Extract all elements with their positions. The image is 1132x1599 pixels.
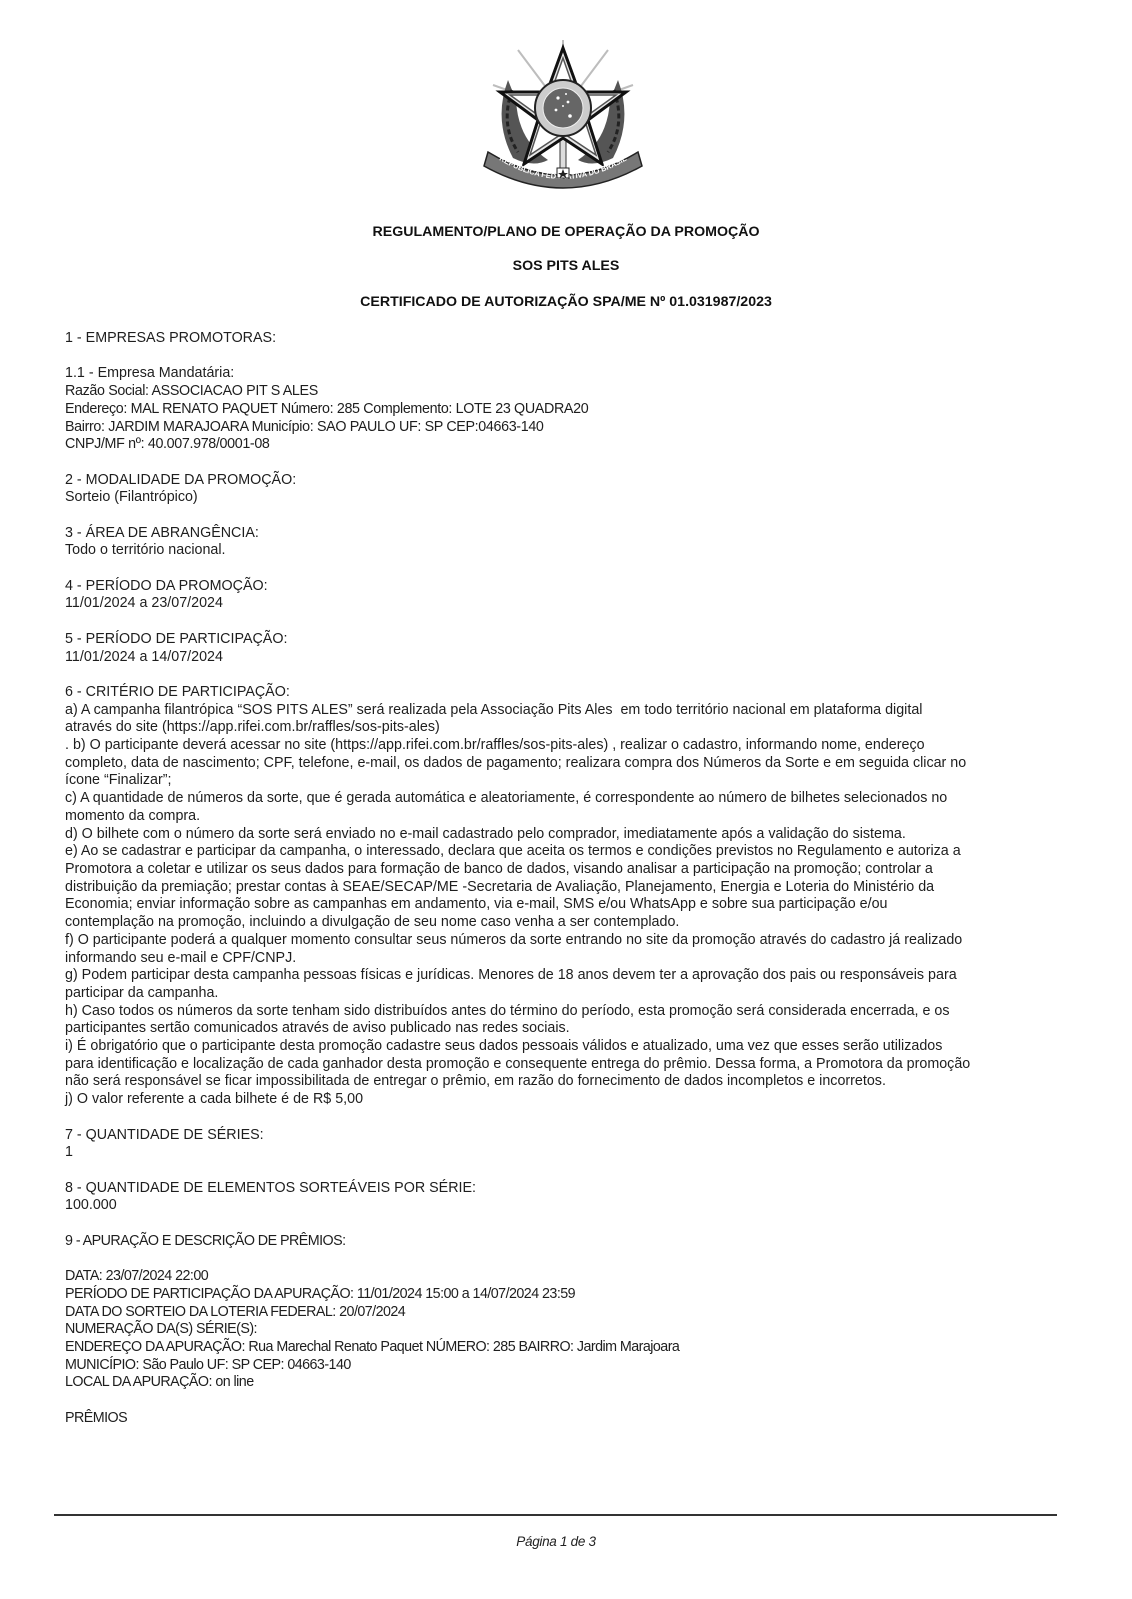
section-heading: 9 - APURAÇÃO E DESCRIÇÃO DE PRÊMIOS: bbox=[65, 1233, 1075, 1251]
section-empresas-promotoras: 1 - EMPRESAS PROMOTORAS: 1.1 - Empresa M… bbox=[65, 330, 1075, 454]
criteria-line: c) A quantidade de números da sorte, que… bbox=[65, 790, 1075, 808]
section-quantidade-series: 7 - QUANTIDADE DE SÉRIES: 1 bbox=[65, 1127, 1075, 1162]
company-address: Endereço: MAL RENATO PAQUET Número: 285 … bbox=[65, 401, 1075, 419]
regulation-body: 1 - EMPRESAS PROMOTORAS: 1.1 - Empresa M… bbox=[65, 330, 1075, 1427]
apuracao-line: LOCAL DA APURAÇÃO: on line bbox=[65, 1374, 1075, 1392]
section-heading: 2 - MODALIDADE DA PROMOÇÃO: bbox=[65, 472, 1075, 490]
criteria-line: a) A campanha filantrópica “SOS PITS ALE… bbox=[65, 702, 1075, 720]
criteria-line: d) O bilhete com o número da sorte será … bbox=[65, 826, 1075, 844]
footer-divider bbox=[54, 1514, 1057, 1516]
criteria-line: através do site (https://app.rifei.com.b… bbox=[65, 719, 1075, 737]
promotion-name: SOS PITS ALES bbox=[0, 258, 1132, 274]
criteria-line: distribuição da premiação; prestar conta… bbox=[65, 879, 1075, 897]
criteria-line: e) Ao se cadastrar e participar da campa… bbox=[65, 843, 1075, 861]
criteria-line: para identificação e localização de cada… bbox=[65, 1056, 1075, 1074]
criteria-line: completo, data de nascimento; CPF, telef… bbox=[65, 755, 1075, 773]
certificate-number: CERTIFICADO DE AUTORIZAÇÃO SPA/ME Nº 01.… bbox=[0, 294, 1132, 310]
criteria-line: j) O valor referente a cada bilhete é de… bbox=[65, 1091, 1075, 1109]
section-criterio-participacao: 6 - CRITÉRIO DE PARTICIPAÇÃO: a) A campa… bbox=[65, 684, 1075, 1109]
apuracao-details: DATA: 23/07/2024 22:00PERÍODO DE PARTICI… bbox=[65, 1268, 1075, 1392]
section-modalidade: 2 - MODALIDADE DA PROMOÇÃO: Sorteio (Fil… bbox=[65, 472, 1075, 507]
apuracao-line: PERÍODO DE PARTICIPAÇÃO DA APURAÇÃO: 11/… bbox=[65, 1286, 1075, 1304]
section-value: 11/01/2024 a 14/07/2024 bbox=[65, 649, 1075, 667]
section-value: 1 bbox=[65, 1144, 1075, 1162]
criteria-line: contemplação na promoção, incluindo a di… bbox=[65, 914, 1075, 932]
company-cnpj: CNPJ/MF nº: 40.007.978/0001-08 bbox=[65, 436, 1075, 454]
apuracao-line: ENDEREÇO DA APURAÇÃO: Rua Marechal Renat… bbox=[65, 1339, 1075, 1357]
criteria-list: a) A campanha filantrópica “SOS PITS ALE… bbox=[65, 702, 1075, 1109]
section-subheading: 1.1 - Empresa Mandatária: bbox=[65, 365, 1075, 383]
criteria-line: informando seu e-mail e CPF/CNPJ. bbox=[65, 950, 1075, 968]
criteria-line: Promotora a coletar e utilizar os seus d… bbox=[65, 861, 1075, 879]
apuracao-line: MUNICÍPIO: São Paulo UF: SP CEP: 04663-1… bbox=[65, 1357, 1075, 1375]
company-district: Bairro: JARDIM MARAJOARA Município: SAO … bbox=[65, 419, 1075, 437]
section-heading: 4 - PERÍODO DA PROMOÇÃO: bbox=[65, 578, 1075, 596]
section-heading: 8 - QUANTIDADE DE ELEMENTOS SORTEÁVEIS P… bbox=[65, 1180, 1075, 1198]
apuracao-line: DATA DO SORTEIO DA LOTERIA FEDERAL: 20/0… bbox=[65, 1304, 1075, 1322]
section-elementos-sorteaveis: 8 - QUANTIDADE DE ELEMENTOS SORTEÁVEIS P… bbox=[65, 1180, 1075, 1215]
criteria-line: participar da campanha. bbox=[65, 985, 1075, 1003]
section-heading: 6 - CRITÉRIO DE PARTICIPAÇÃO: bbox=[65, 684, 1075, 702]
section-apuracao-premios: 9 - APURAÇÃO E DESCRIÇÃO DE PRÊMIOS: DAT… bbox=[65, 1233, 1075, 1428]
company-name: Razão Social: ASSOCIACAO PIT S ALES bbox=[65, 383, 1075, 401]
document-title: REGULAMENTO/PLANO DE OPERAÇÃO DA PROMOÇÃ… bbox=[0, 224, 1132, 240]
criteria-line: ícone “Finalizar”; bbox=[65, 772, 1075, 790]
section-heading: 7 - QUANTIDADE DE SÉRIES: bbox=[65, 1127, 1075, 1145]
section-periodo-promocao: 4 - PERÍODO DA PROMOÇÃO: 11/01/2024 a 23… bbox=[65, 578, 1075, 613]
section-value: 11/01/2024 a 23/07/2024 bbox=[65, 595, 1075, 613]
criteria-line: g) Podem participar desta campanha pesso… bbox=[65, 967, 1075, 985]
apuracao-line: DATA: 23/07/2024 22:00 bbox=[65, 1268, 1075, 1286]
section-area: 3 - ÁREA DE ABRANGÊNCIA: Todo o territór… bbox=[65, 525, 1075, 560]
section-value: Sorteio (Filantrópico) bbox=[65, 489, 1075, 507]
section-value: 100.000 bbox=[65, 1197, 1075, 1215]
criteria-line: f) O participante poderá a qualquer mome… bbox=[65, 932, 1075, 950]
prizes-heading: PRÊMIOS bbox=[65, 1410, 1075, 1428]
criteria-line: momento da compra. bbox=[65, 808, 1075, 826]
section-heading: 1 - EMPRESAS PROMOTORAS: bbox=[65, 330, 1075, 348]
criteria-line: não será responsável se ficar impossibil… bbox=[65, 1073, 1075, 1091]
criteria-line: participantes sertão comunicados através… bbox=[65, 1020, 1075, 1038]
section-heading: 5 - PERÍODO DE PARTICIPAÇÃO: bbox=[65, 631, 1075, 649]
section-value: Todo o território nacional. bbox=[65, 542, 1075, 560]
criteria-line: h) Caso todos os números da sorte tenham… bbox=[65, 1003, 1075, 1021]
criteria-line: . b) O participante deverá acessar no si… bbox=[65, 737, 1075, 755]
brazil-coat-of-arms-icon: REPÚBLICA FEDERATIVA DO BRASIL bbox=[478, 40, 648, 200]
apuracao-line: NUMERAÇÃO DA(S) SÉRIE(S): bbox=[65, 1321, 1075, 1339]
criteria-line: Economia; enviar informação sobre as cam… bbox=[65, 896, 1075, 914]
section-periodo-participacao: 5 - PERÍODO DE PARTICIPAÇÃO: 11/01/2024 … bbox=[65, 631, 1075, 666]
criteria-line: i) É obrigatório que o participante dest… bbox=[65, 1038, 1075, 1056]
section-heading: 3 - ÁREA DE ABRANGÊNCIA: bbox=[65, 525, 1075, 543]
page-number: Página 1 de 3 bbox=[0, 1534, 1112, 1549]
